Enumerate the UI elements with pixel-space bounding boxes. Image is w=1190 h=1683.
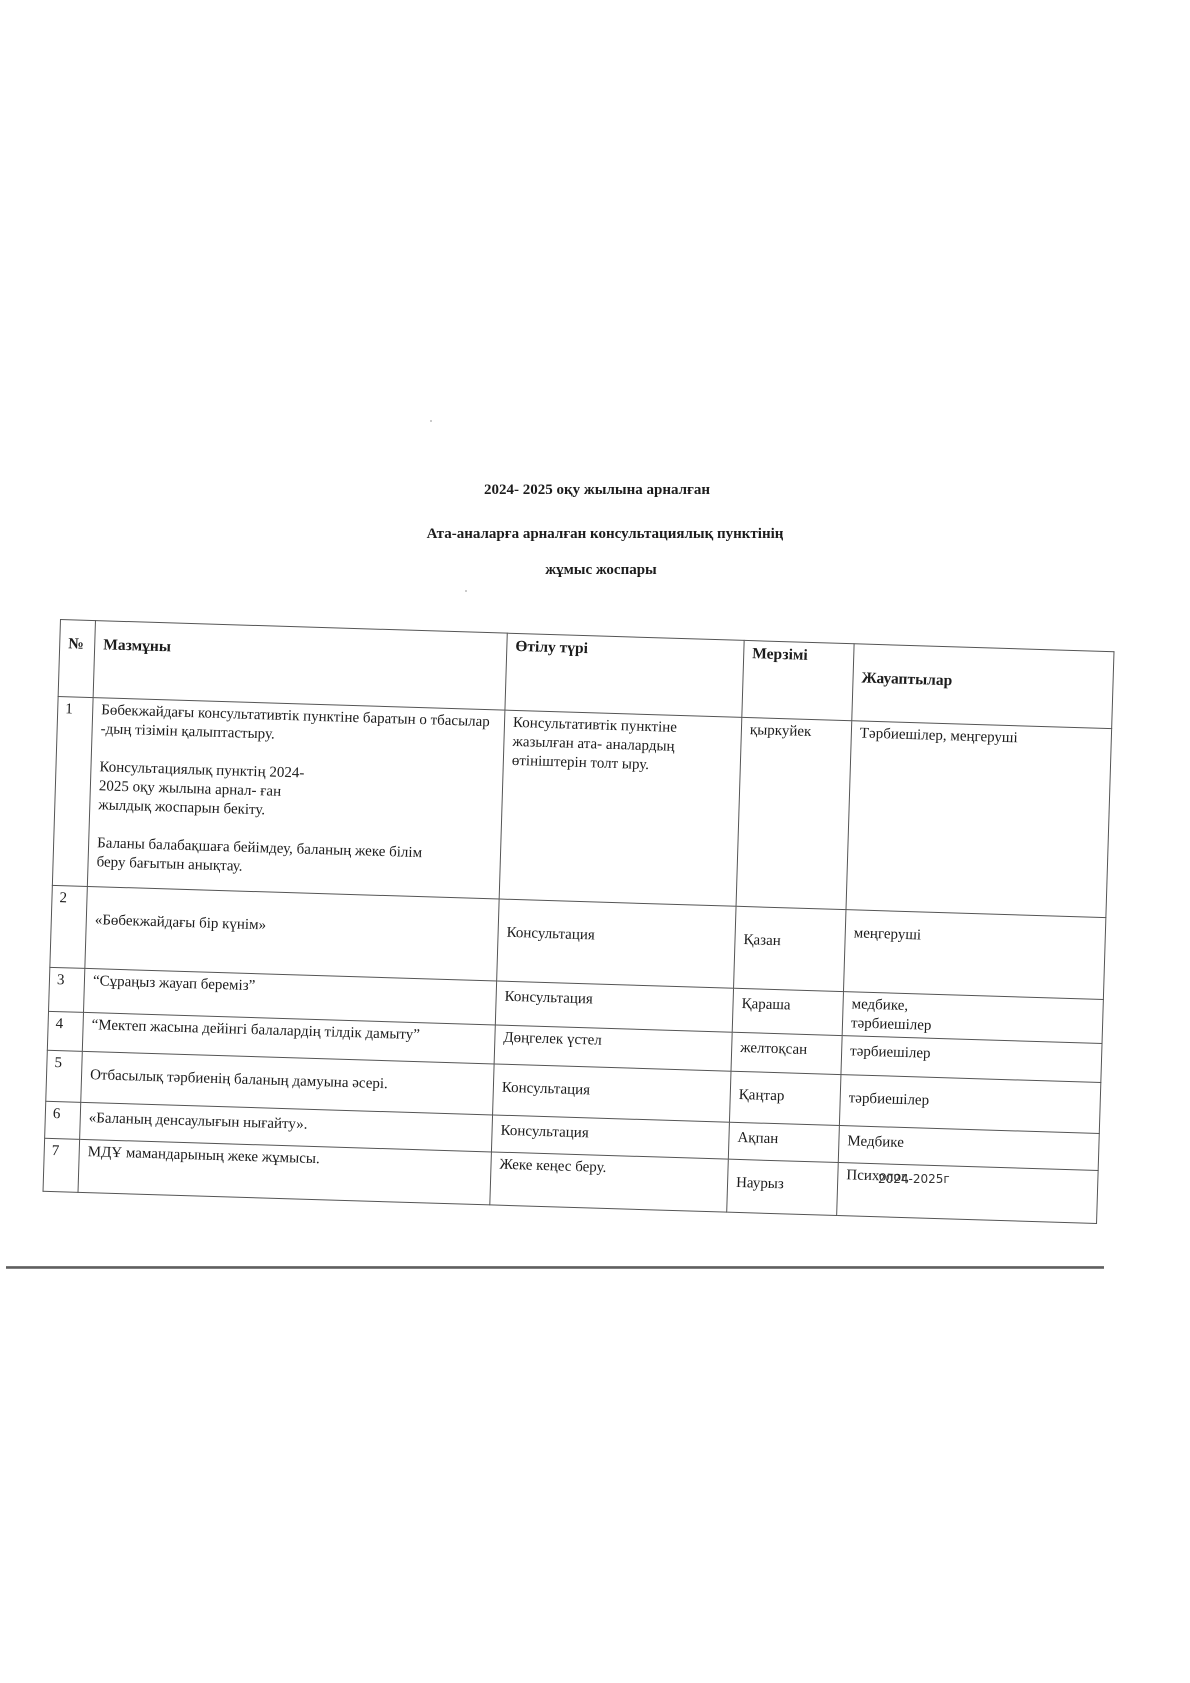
document-title-line-3: жұмыс жоспары xyxy=(6,562,1190,579)
scan-speck xyxy=(430,420,432,422)
row-form: Консультация xyxy=(493,1064,731,1122)
work-plan-table-wrapper: № Мазмұны Өтілу түрі Мерзімі Жауаптылар … xyxy=(43,619,1114,1224)
scan-speck xyxy=(465,590,467,592)
row-number: 4 xyxy=(47,1011,83,1051)
column-header-number: № xyxy=(58,620,95,698)
row-form: Жеке кеңес беру. xyxy=(490,1152,729,1212)
row-term: Ақпан xyxy=(728,1122,839,1162)
footer-year: 2024-2025г xyxy=(878,1172,950,1186)
column-header-form: Өтілу түрі xyxy=(505,633,744,717)
row-content: «Бөбекжайдағы бір күнім» xyxy=(85,886,499,981)
document-title-line-2: Ата-аналарға арналған консультациялық пу… xyxy=(10,526,1190,543)
content-paragraph: Консультациялық пунктің 2024- 2025 оқу ж… xyxy=(98,758,330,822)
row-number: 2 xyxy=(50,885,87,968)
row-content: Бөбекжайдағы консультативтік пунктіне ба… xyxy=(87,698,505,899)
document-title-line-1: 2024- 2025 оқу жылына арналған xyxy=(2,482,1190,499)
row-form: Консультация xyxy=(495,981,733,1032)
content-paragraph: Бөбекжайдағы консультативтік пунктіне ба… xyxy=(100,701,496,751)
row-term: Наурыз xyxy=(727,1159,839,1215)
work-plan-table: № Мазмұны Өтілу түрі Мерзімі Жауаптылар … xyxy=(43,619,1115,1224)
row-number: 3 xyxy=(49,967,85,1012)
content-paragraph: Баланы балабақшаға бейімдеу, баланың жек… xyxy=(96,834,427,882)
row-number: 5 xyxy=(46,1050,83,1102)
row-form: Консультативтік пунктіне жазылған ата- а… xyxy=(499,710,742,906)
column-header-term: Мерзімі xyxy=(742,640,854,720)
column-header-content: Мазмұны xyxy=(93,621,507,711)
row-responsible: медбике, тәрбиешілер xyxy=(842,992,1103,1044)
row-number: 7 xyxy=(43,1138,80,1192)
row-term: Қаңтар xyxy=(729,1071,841,1125)
column-header-responsible: Жауаптылар xyxy=(852,644,1114,729)
row-content: МДҰ мамандарының жеке жұмысы. xyxy=(78,1139,491,1205)
row-number: 1 xyxy=(52,696,93,886)
row-term: Қараша xyxy=(732,988,843,1035)
table-row: 1 Бөбекжайдағы консультативтік пунктіне … xyxy=(52,696,1111,917)
row-form: Консультация xyxy=(497,899,736,988)
row-term: желтоқсан xyxy=(731,1032,842,1074)
row-responsible: Тәрбиешілер, меңгеруші xyxy=(846,721,1112,918)
row-term: Қазан xyxy=(734,906,846,991)
row-number: 6 xyxy=(45,1101,81,1139)
row-responsible: меңгеруші xyxy=(843,910,1105,1000)
row-responsible: тәрбиешілер xyxy=(839,1075,1100,1134)
row-term: қыркуйек xyxy=(736,717,852,909)
row-responsible: Психолог, xyxy=(837,1163,1098,1224)
page-bottom-rule xyxy=(6,1266,1104,1269)
